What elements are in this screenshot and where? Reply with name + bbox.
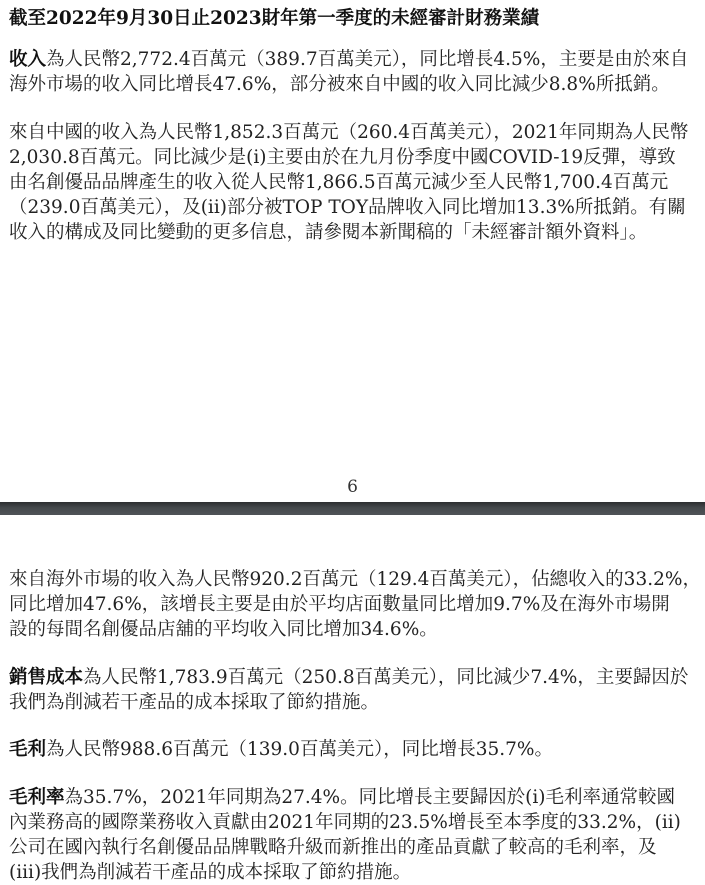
- gross-margin-label: 毛利率: [9, 787, 65, 808]
- paragraph-line: 由名創優品品牌產生的收入從人民幣1,866.5百萬元減少至人民幣1,700.4百…: [9, 170, 699, 195]
- paragraph-line: 我們為削減若干產品的成本採取了節約措施。: [9, 690, 699, 715]
- gross-profit-label: 毛利: [9, 739, 46, 760]
- paragraph-line: 銷售成本為人民幣1,783.9百萬元（250.8百萬美元），同比減少7.4%，主…: [9, 665, 699, 690]
- paragraph-line: （239.0百萬美元），及(ii)部分被TOP TOY品牌收入同比增加13.3%…: [9, 195, 699, 220]
- paragraph-line: 毛利率為35.7%，2021年同期為27.4%。同比增長主要歸因於(i)毛利率通…: [9, 785, 699, 810]
- paragraph-line: 海外市場的收入同比增長47.6%，部分被來自中國的收入同比減少8.8%所抵銷。: [9, 72, 699, 97]
- paragraph-line: 收入為人民幣2,772.4百萬元（389.7百萬美元），同比增長4.5%，主要是…: [9, 47, 699, 72]
- page-number: 6: [0, 477, 705, 497]
- revenue-label: 收入: [9, 49, 46, 70]
- document-page-7: 來自海外市場的收入為人民幣920.2百萬元（129.4百萬美元），佔總收入的33…: [0, 515, 705, 885]
- gross-margin-paragraph: 毛利率為35.7%，2021年同期為27.4%。同比增長主要歸因於(i)毛利率通…: [9, 785, 699, 885]
- page-separator: [0, 502, 705, 515]
- paragraph-line: 來自海外市場的收入為人民幣920.2百萬元（129.4百萬美元），佔總收入的33…: [9, 567, 699, 592]
- gross-profit-paragraph: 毛利為人民幣988.6百萬元（139.0百萬美元），同比增長35.7%。: [9, 737, 699, 762]
- china-revenue-paragraph: 來自中國的收入為人民幣1,852.3百萬元（260.4百萬美元），2021年同期…: [9, 120, 699, 245]
- paragraph-line: 來自中國的收入為人民幣1,852.3百萬元（260.4百萬美元），2021年同期…: [9, 120, 699, 145]
- paragraph-line: 收入的構成及同比變動的更多信息，請參閱本新聞稿的「未經審計額外資料」。: [9, 220, 699, 245]
- overseas-revenue-paragraph: 來自海外市場的收入為人民幣920.2百萬元（129.4百萬美元），佔總收入的33…: [9, 567, 699, 642]
- cost-of-sales-paragraph: 銷售成本為人民幣1,783.9百萬元（250.8百萬美元），同比減少7.4%，主…: [9, 665, 699, 715]
- paragraph-line: (iii)我們為削減若干產品的成本採取了節約措施。: [9, 860, 699, 885]
- paragraph-line: 毛利為人民幣988.6百萬元（139.0百萬美元），同比增長35.7%。: [9, 737, 699, 762]
- paragraph-line: 公司在國內執行名創優品品牌戰略升級而新推出的產品貢獻了較高的毛利率，及: [9, 835, 699, 860]
- paragraph-line: 設的每間名創優品店舖的平均收入同比增加34.6%。: [9, 617, 699, 642]
- cost-of-sales-label: 銷售成本: [9, 667, 83, 688]
- paragraph-line: 2,030.8百萬元。同比減少是(i)主要由於在九月份季度中國COVID-19反…: [9, 145, 699, 170]
- paragraph-line: 同比增加47.6%，該增長主要是由於平均店面數量同比增加9.7%及在海外市場開: [9, 592, 699, 617]
- revenue-paragraph: 收入為人民幣2,772.4百萬元（389.7百萬美元），同比增長4.5%，主要是…: [9, 47, 699, 97]
- document-page-6: 截至2022年9月30日止2023財年第一季度的未經審計財務業績 收入為人民幣2…: [0, 0, 705, 502]
- section-title: 截至2022年9月30日止2023財年第一季度的未經審計財務業績: [9, 4, 539, 30]
- paragraph-line: 內業務高的國際業務收入貢獻由2021年同期的23.5%增長至本季度的33.2%，…: [9, 810, 699, 835]
